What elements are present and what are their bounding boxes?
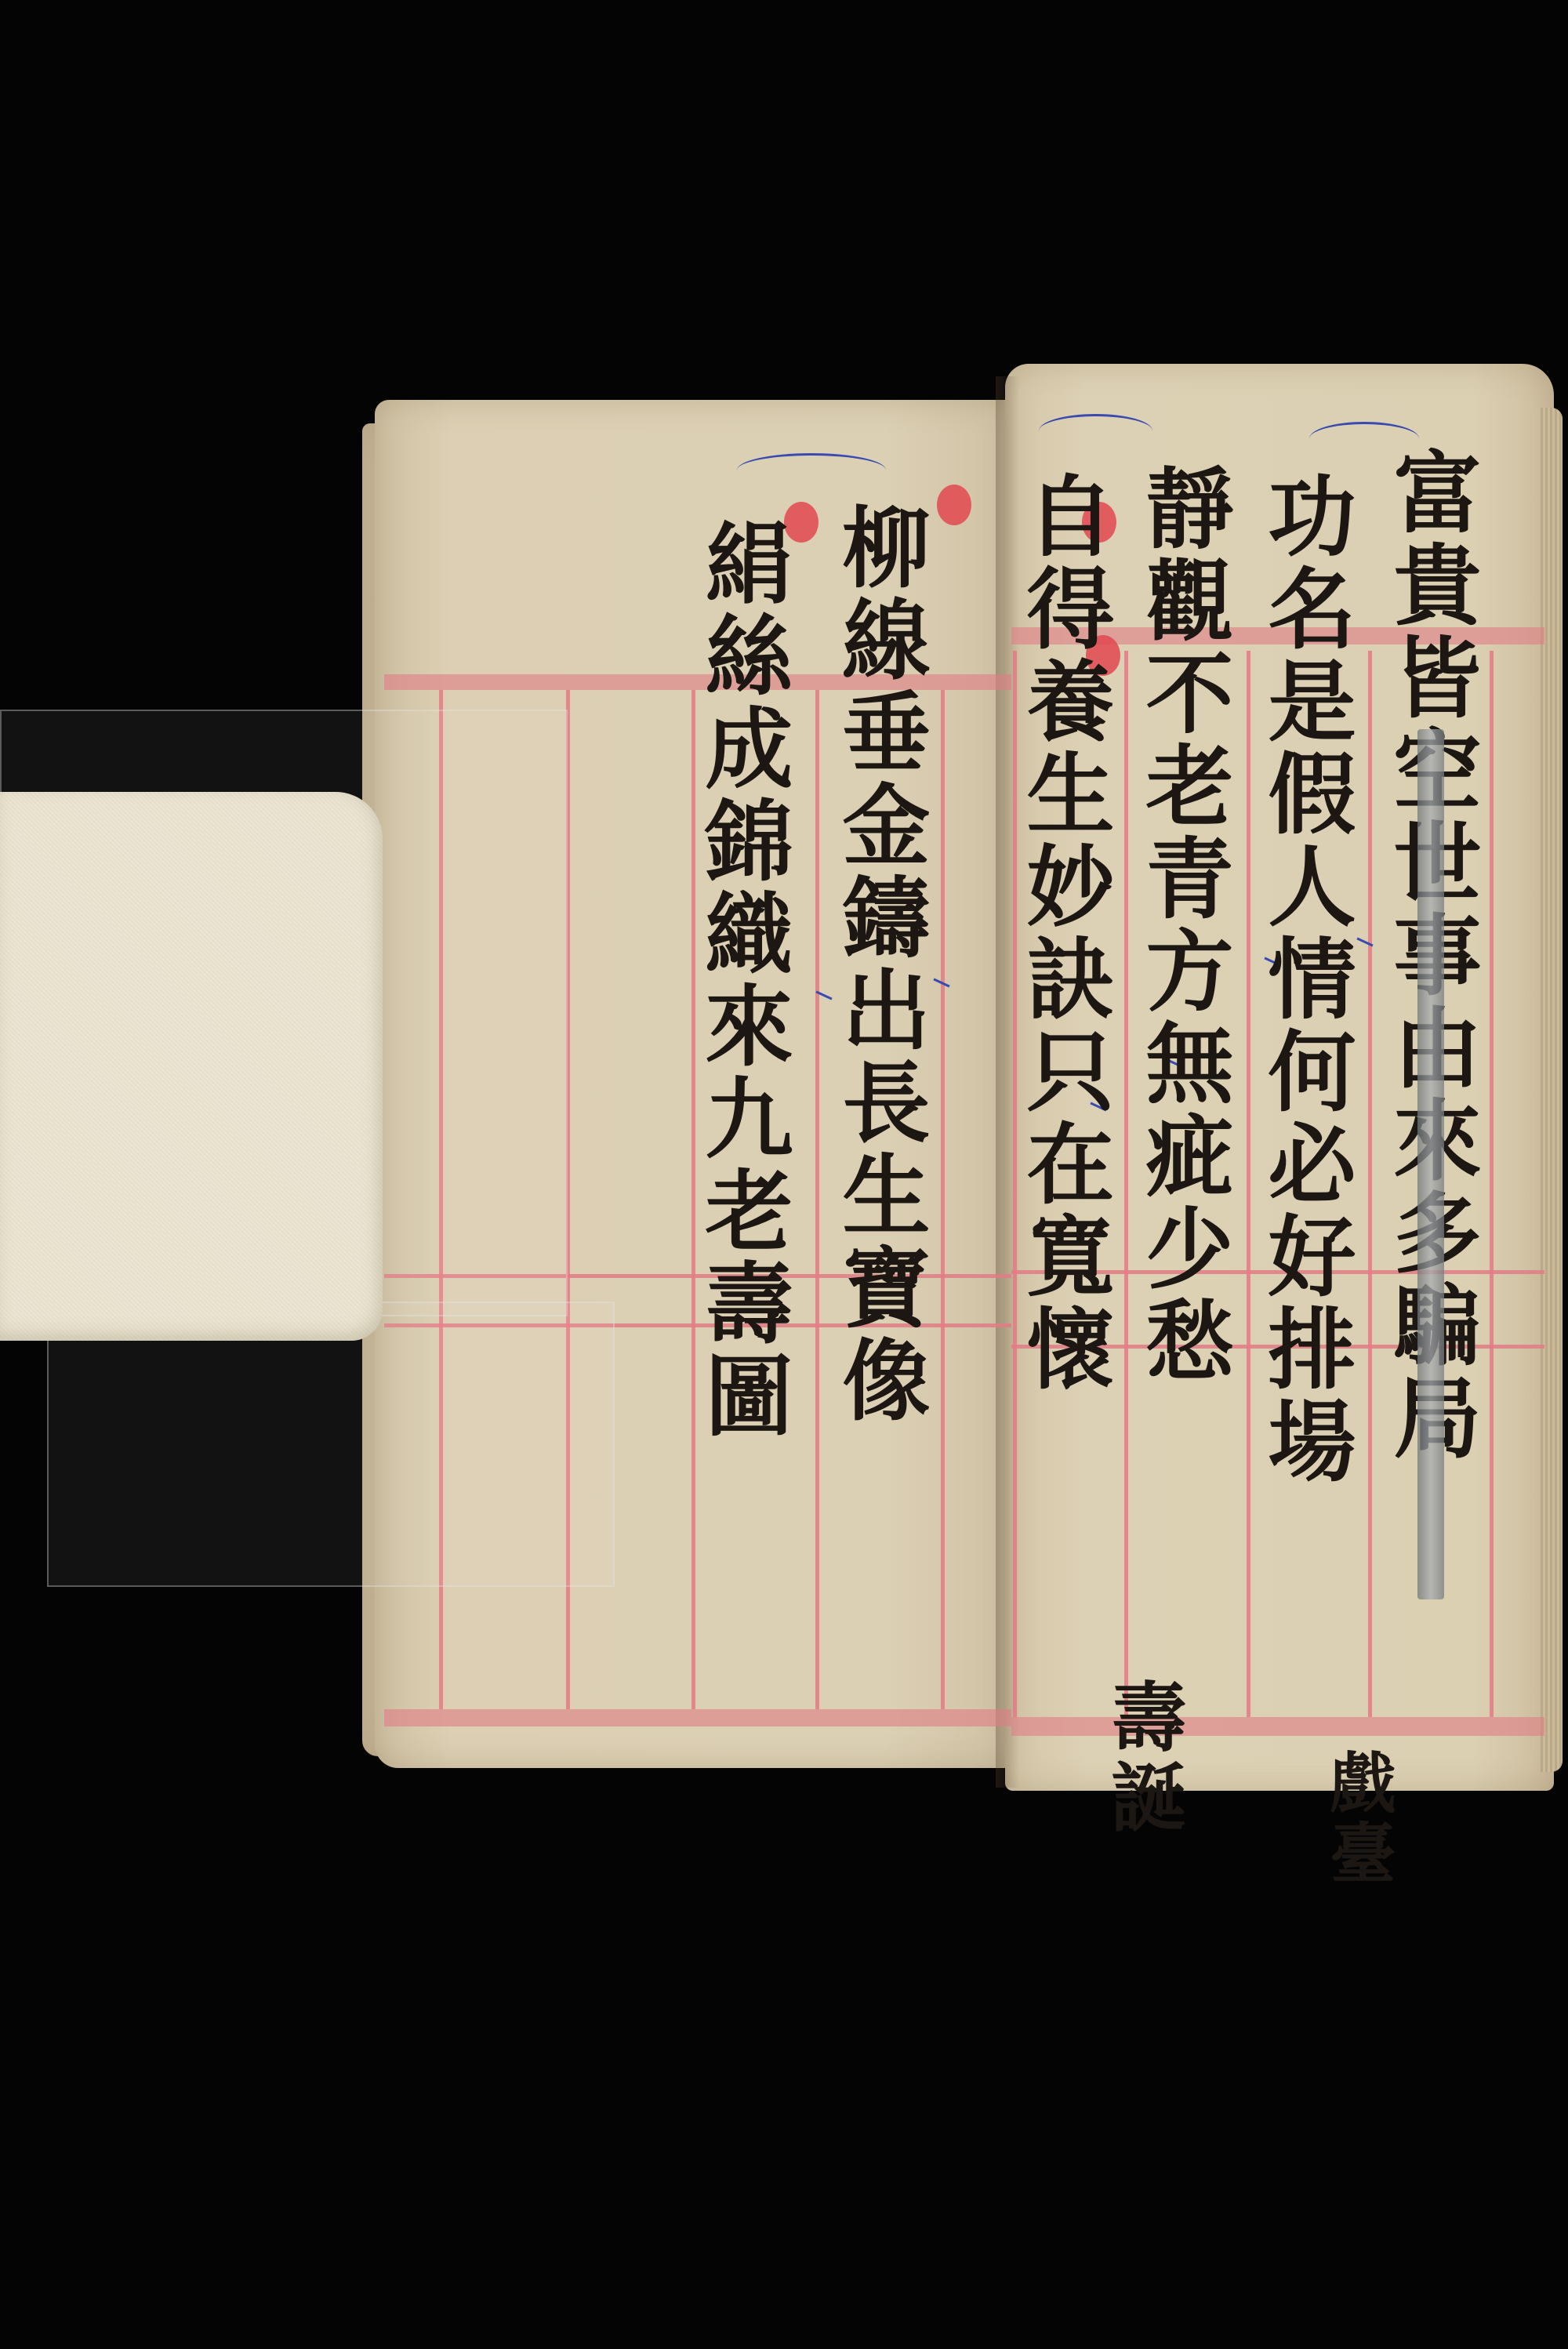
annotation-xitai: 戲臺: [1325, 1748, 1391, 1890]
left-column-2: 絹絲成錦織來九老壽圖: [698, 517, 786, 1443]
left-vline-4: [815, 690, 819, 1709]
annotation-shoudan: 壽誕: [1105, 1678, 1181, 1838]
red-seal-mark: [937, 485, 971, 525]
right-page-stack-edge: [1541, 408, 1563, 1772]
right-vline-3: [1247, 651, 1250, 1717]
right-vline-4: [1368, 651, 1372, 1717]
left-vline-5: [941, 690, 945, 1709]
blue-arc-right-col4: [1039, 414, 1152, 448]
right-vline-2: [1124, 651, 1128, 1717]
right-bottom-rule: [1011, 1717, 1544, 1736]
right-column-4: 自得養生妙訣只在寬懷: [1019, 470, 1107, 1396]
right-column-2: 功名是假人情何必好排場: [1261, 470, 1348, 1488]
right-vline-5: [1490, 651, 1494, 1717]
plexiglass-strip: [1417, 729, 1444, 1599]
plexiglass-sheet-lower: [47, 1302, 615, 1587]
left-bottom-rule: [384, 1709, 1011, 1726]
right-column-3: 靜觀不老青方無疵少愁: [1138, 463, 1226, 1388]
cloth-weight: [0, 792, 383, 1341]
blue-arc-left-page: [737, 453, 886, 487]
left-column-1: 柳線垂金鑄出長生寶像: [835, 502, 923, 1427]
